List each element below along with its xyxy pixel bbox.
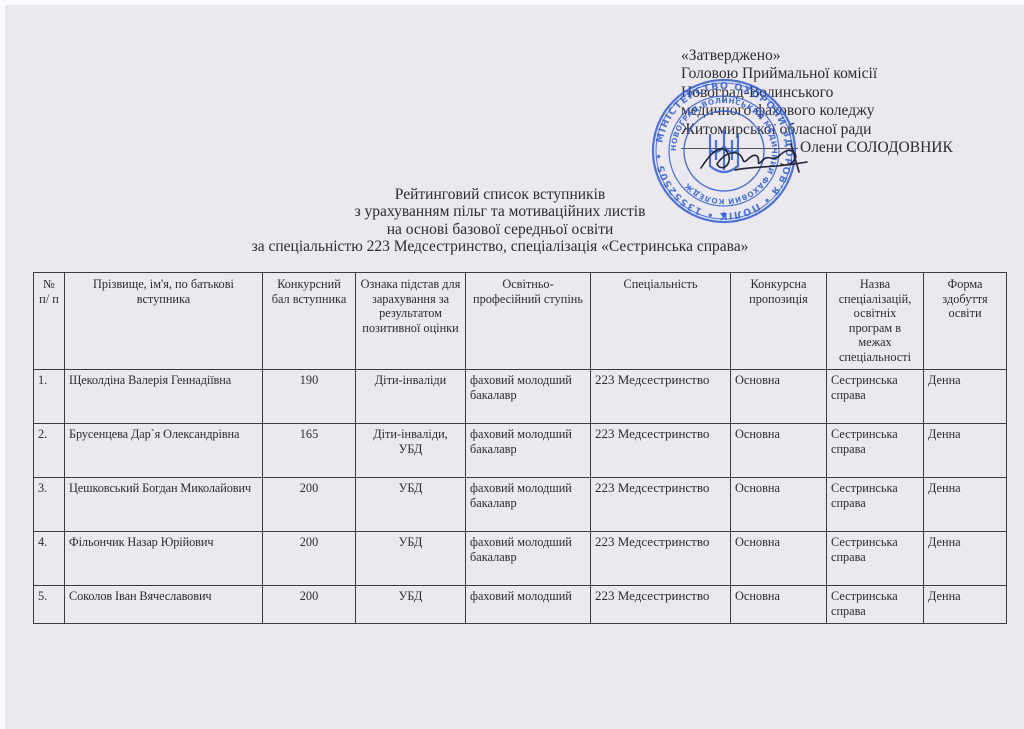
table-row: 1. Щеколдіна Валерія Геннадіївна 190 Діт… — [34, 370, 1007, 424]
cell-specialization: Сестринська справа — [827, 586, 924, 624]
table-row: 3. Цешковський Богдан Миколайович 200 УБ… — [34, 478, 1007, 532]
signatory-name: Олени СОЛОДОВНИК — [800, 139, 953, 156]
cell-score: 165 — [263, 424, 356, 478]
cell-name: Цешковський Богдан Миколайович — [65, 478, 263, 532]
cell-specialization: Сестринська справа — [827, 424, 924, 478]
header-basis: Ознака підстав для зарахування за резуль… — [356, 273, 466, 370]
cell-form: Денна — [924, 424, 1007, 478]
cell-degree: фаховий молодший бакалавр — [466, 532, 591, 586]
header-num: № п/ п — [34, 273, 65, 370]
header-specialization: Назва спеціалізацій, освітніх програм в … — [827, 273, 924, 370]
approval-line: «Затверджено» — [681, 47, 953, 65]
cell-specialization: Сестринська справа — [827, 478, 924, 532]
header-score: Конкурсний бал вступника — [263, 273, 356, 370]
header-form: Форма здобуття освіти — [924, 273, 1007, 370]
cell-specialty: 223 Медсестринство — [591, 586, 731, 624]
cell-form: Денна — [924, 370, 1007, 424]
cell-name: Соколов Іван Вячеславович — [65, 586, 263, 624]
cell-offer: Основна — [731, 478, 827, 532]
cell-basis: УБД — [356, 586, 466, 624]
cell-num: 4. — [34, 532, 65, 586]
paper-edge — [0, 0, 5, 729]
cell-specialization: Сестринська справа — [827, 532, 924, 586]
cell-form: Денна — [924, 478, 1007, 532]
cell-specialty: 223 Медсестринство — [591, 532, 731, 586]
header-specialty: Спеціальність — [591, 273, 731, 370]
cell-name: Брусенцева Дар`я Олександрівна — [65, 424, 263, 478]
title-line: за спеціальністю 223 Медсестринство, спе… — [150, 238, 850, 255]
cell-name: Щеколдіна Валерія Геннадіївна — [65, 370, 263, 424]
cell-basis: УБД — [356, 532, 466, 586]
cell-specialty: 223 Медсестринство — [591, 370, 731, 424]
cell-degree: фаховий молодший бакалавр — [466, 478, 591, 532]
cell-score: 200 — [263, 586, 356, 624]
rating-table: № п/ п Прізвище, ім'я, по батькові вступ… — [33, 272, 1007, 624]
cell-score: 200 — [263, 478, 356, 532]
cell-specialization: Сестринська справа — [827, 370, 924, 424]
cell-offer: Основна — [731, 370, 827, 424]
title-line: Рейтинговий список вступників — [150, 186, 850, 203]
cell-offer: Основна — [731, 586, 827, 624]
cell-name: Фільончик Назар Юрійович — [65, 532, 263, 586]
cell-num: 2. — [34, 424, 65, 478]
cell-num: 1. — [34, 370, 65, 424]
title-line: з урахуванням пільг та мотиваційних лист… — [150, 203, 850, 220]
document-title: Рейтинговий список вступників з урахуван… — [150, 186, 850, 256]
cell-specialty: 223 Медсестринство — [591, 424, 731, 478]
title-line: на основі базової середньої освіти — [150, 221, 850, 238]
header-degree: Освітньо-професійний ступінь — [466, 273, 591, 370]
cell-form: Денна — [924, 532, 1007, 586]
cell-num: 3. — [34, 478, 65, 532]
cell-basis: Діти-інваліди, УБД — [356, 424, 466, 478]
cell-num: 5. — [34, 586, 65, 624]
table-row: 5. Соколов Іван Вячеславович 200 УБД фах… — [34, 586, 1007, 624]
cell-offer: Основна — [731, 424, 827, 478]
cell-degree: фаховий молодший бакалавр — [466, 424, 591, 478]
cell-score: 190 — [263, 370, 356, 424]
cell-form: Денна — [924, 586, 1007, 624]
cell-degree: фаховий молодший бакалавр — [466, 370, 591, 424]
cell-score: 200 — [263, 532, 356, 586]
table-row: 2. Брусенцева Дар`я Олександрівна 165 Ді… — [34, 424, 1007, 478]
cell-basis: УБД — [356, 478, 466, 532]
cell-offer: Основна — [731, 532, 827, 586]
paper-edge — [0, 0, 1024, 5]
signature-icon — [695, 138, 815, 178]
cell-specialty: 223 Медсестринство — [591, 478, 731, 532]
table-row: 4. Фільончик Назар Юрійович 200 УБД фахо… — [34, 532, 1007, 586]
cell-basis: Діти-інваліди — [356, 370, 466, 424]
cell-degree: фаховий молодший — [466, 586, 591, 624]
table-header-row: № п/ п Прізвище, ім'я, по батькові вступ… — [34, 273, 1007, 370]
header-offer: Конкурсна пропозиція — [731, 273, 827, 370]
header-name: Прізвище, ім'я, по батькові вступника — [65, 273, 263, 370]
